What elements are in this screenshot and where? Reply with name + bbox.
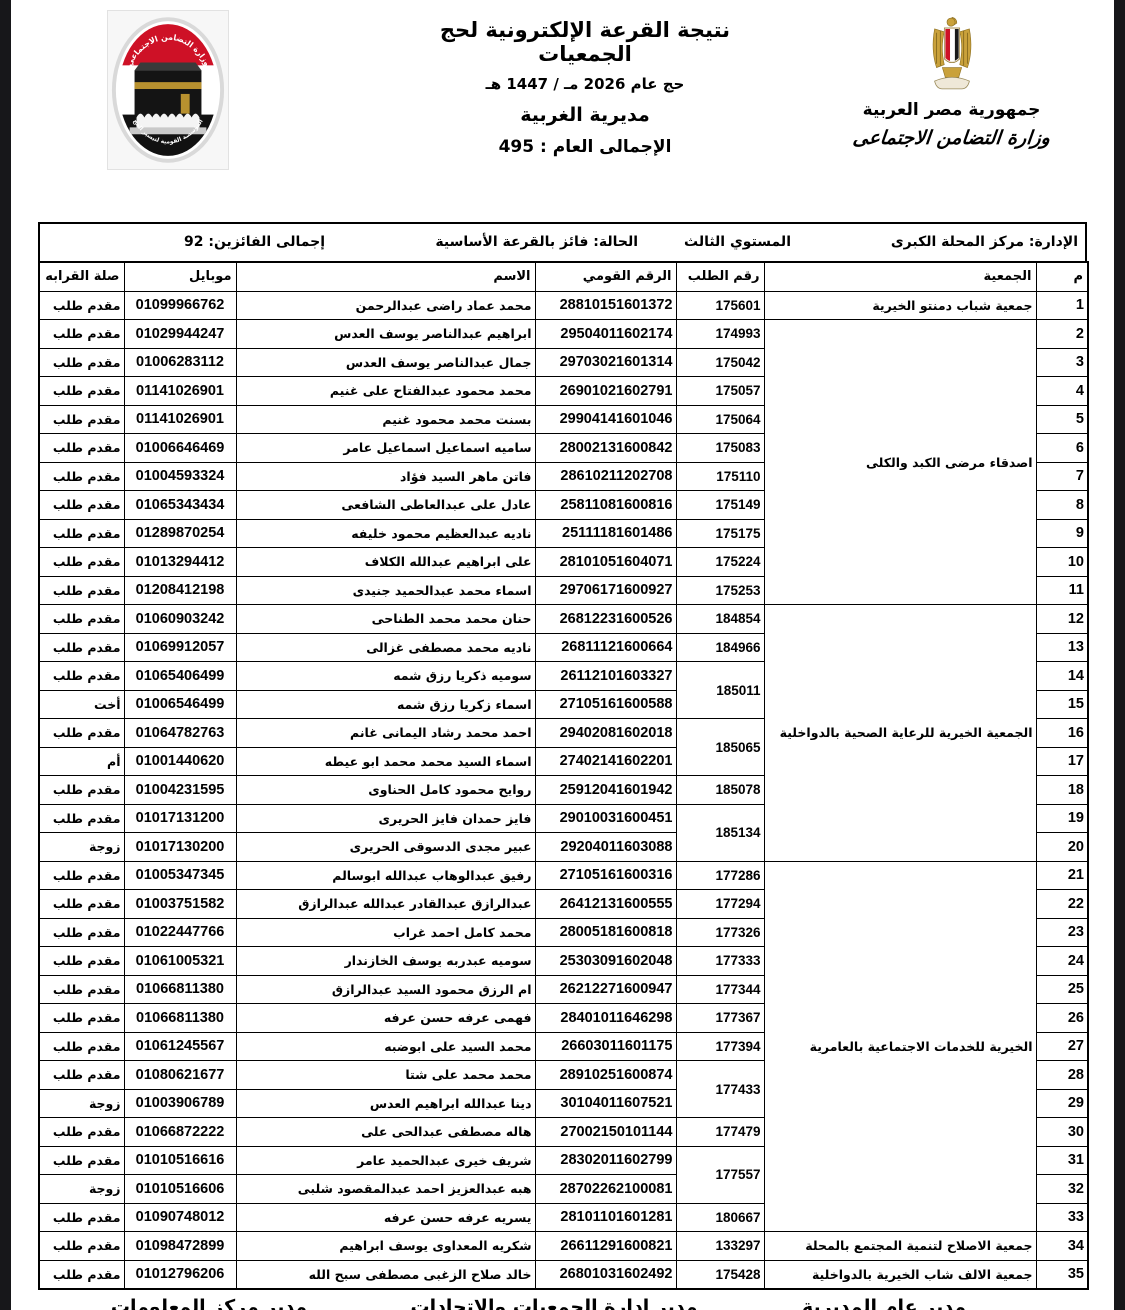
mobile-cell: 01004593324 <box>124 462 236 491</box>
mobile-cell: 01061245567 <box>124 1032 236 1061</box>
relation-cell: مقدم طلب <box>39 947 124 976</box>
mobile-cell: 01141026901 <box>124 405 236 434</box>
request-number-cell: 177286 <box>676 861 764 890</box>
name-cell: ام الرزق محمود السيد عبدالرازق <box>236 975 535 1004</box>
relation-cell: مقدم طلب <box>39 804 124 833</box>
mobile-cell: 01066811380 <box>124 975 236 1004</box>
row-number-cell: 8 <box>1036 491 1088 520</box>
relation-cell: مقدم طلب <box>39 491 124 520</box>
national-id-cell: 25303091602048 <box>535 947 676 976</box>
national-id-cell: 26112101603327 <box>535 662 676 691</box>
relation-cell: مقدم طلب <box>39 1203 124 1232</box>
row-number-cell: 18 <box>1036 776 1088 805</box>
hajj-year-subtitle: حج عام 2026 مـ / 1447 هـ <box>390 75 780 93</box>
header-association: الجمعية <box>764 262 1036 291</box>
status-label: الحالة: فائز بالقرعة الأساسية <box>435 224 638 261</box>
document-page: وزارة التضامن الاجتماعي المؤسسة القومية … <box>11 0 1114 1310</box>
name-cell: ابراهيم عبدالناصر يوسف العدس <box>236 320 535 349</box>
mobile-cell: 01090748012 <box>124 1203 236 1232</box>
name-cell: فهمى عرفه حسن عرفه <box>236 1004 535 1033</box>
relation-cell: مقدم طلب <box>39 462 124 491</box>
relation-cell: مقدم طلب <box>39 405 124 434</box>
request-number-cell: 185134 <box>676 804 764 861</box>
relation-cell: مقدم طلب <box>39 633 124 662</box>
request-number-cell: 177479 <box>676 1118 764 1147</box>
name-cell: اسماء محمد عبدالحميد جنيدى <box>236 576 535 605</box>
grand-total: الإجمالى العام : 495 <box>390 137 780 157</box>
total-winners-label: إجمالى الفائزين: 92 <box>184 224 325 261</box>
mobile-cell: 01003906789 <box>124 1089 236 1118</box>
request-number-cell: 174993 <box>676 320 764 349</box>
relation-cell: مقدم طلب <box>39 975 124 1004</box>
national-id-cell: 26212271600947 <box>535 975 676 1004</box>
kaaba-badge-icon: وزارة التضامن الاجتماعي المؤسسة القومية … <box>108 11 228 169</box>
name-cell: رفيق عبدالوهاب عبدالله ابوسالم <box>236 861 535 890</box>
national-id-cell: 28910251600874 <box>535 1061 676 1090</box>
row-number-cell: 35 <box>1036 1260 1088 1289</box>
mobile-cell: 01141026901 <box>124 377 236 406</box>
mobile-cell: 01010516606 <box>124 1175 236 1204</box>
relation-cell: مقدم طلب <box>39 548 124 577</box>
national-id-cell: 29703021601314 <box>535 348 676 377</box>
name-cell: سوميه عبدربه يوسف الخازندار <box>236 947 535 976</box>
relation-cell: مقدم طلب <box>39 320 124 349</box>
row-number-cell: 16 <box>1036 719 1088 748</box>
mobile-cell: 01061005321 <box>124 947 236 976</box>
national-id-cell: 27105161600588 <box>535 690 676 719</box>
header-mobile: موبايل <box>124 262 236 291</box>
national-id-cell: 26811121600664 <box>535 633 676 662</box>
results-table: م الجمعية رقم الطلب الرقم القومي الاسم م… <box>38 261 1089 1290</box>
relation-cell: مقدم طلب <box>39 662 124 691</box>
table-row: 2اصدقاء مرضى الكبد والكلى174993295040116… <box>39 320 1088 349</box>
national-id-cell: 28302011602799 <box>535 1146 676 1175</box>
mobile-cell: 01029944247 <box>124 320 236 349</box>
relation-cell: مقدم طلب <box>39 434 124 463</box>
document-title-block: نتيجة القرعة الإلكترونية لحج الجمعيات حج… <box>390 18 780 157</box>
header-national-id: الرقم القومي <box>535 262 676 291</box>
relation-cell: مقدم طلب <box>39 1232 124 1261</box>
name-cell: حنان محمد محمد الطناحى <box>236 605 535 634</box>
national-id-cell: 27105161600316 <box>535 861 676 890</box>
association-cell: جمعية الالف شاب الخيرية بالدواخلية <box>764 1260 1036 1289</box>
national-id-cell: 25912041601942 <box>535 776 676 805</box>
row-number-cell: 32 <box>1036 1175 1088 1204</box>
national-id-cell: 28810151601372 <box>535 291 676 320</box>
row-number-cell: 21 <box>1036 861 1088 890</box>
request-number-cell: 175149 <box>676 491 764 520</box>
left-edge-strip <box>0 0 11 1310</box>
table-row: 21الخيرية للخدمات الاجتماعية بالعامرية17… <box>39 861 1088 890</box>
association-cell: الخيرية للخدمات الاجتماعية بالعامرية <box>764 861 1036 1232</box>
national-id-cell: 26801031602492 <box>535 1260 676 1289</box>
name-cell: هاله مصطفى عبدالحى على <box>236 1118 535 1147</box>
relation-cell: مقدم طلب <box>39 719 124 748</box>
mobile-cell: 01012796206 <box>124 1260 236 1289</box>
mobile-cell: 01001440620 <box>124 747 236 776</box>
row-number-cell: 11 <box>1036 576 1088 605</box>
name-cell: ناديه عبدالعظيم محمود خليفه <box>236 519 535 548</box>
row-number-cell: 7 <box>1036 462 1088 491</box>
name-cell: احمد محمد رشاد اليمانى غانم <box>236 719 535 748</box>
mobile-cell: 01005347345 <box>124 861 236 890</box>
row-number-cell: 12 <box>1036 605 1088 634</box>
request-number-cell: 175110 <box>676 462 764 491</box>
request-number-cell: 184854 <box>676 605 764 634</box>
mobile-cell: 01017131200 <box>124 804 236 833</box>
relation-cell: مقدم طلب <box>39 1004 124 1033</box>
directorate-title: مديرية الغربية <box>390 104 780 126</box>
national-id-cell: 28401011646298 <box>535 1004 676 1033</box>
mobile-cell: 01098472899 <box>124 1232 236 1261</box>
national-id-cell: 29204011603088 <box>535 833 676 862</box>
right-edge-strip <box>1114 0 1125 1310</box>
table-row: 12الجمعية الخيرية للرعاية الصحية بالدواخ… <box>39 605 1088 634</box>
row-number-cell: 2 <box>1036 320 1088 349</box>
level-label: المستوي الثالث <box>684 224 791 261</box>
national-id-cell: 30104011607521 <box>535 1089 676 1118</box>
row-number-cell: 29 <box>1036 1089 1088 1118</box>
request-number-cell: 177294 <box>676 890 764 919</box>
name-cell: فاتن ماهر السيد فؤاد <box>236 462 535 491</box>
mobile-cell: 01289870254 <box>124 519 236 548</box>
egypt-eagle-icon <box>923 12 981 98</box>
row-number-cell: 24 <box>1036 947 1088 976</box>
name-cell: اسماء زكريا رزق شمه <box>236 690 535 719</box>
mobile-cell: 01013294412 <box>124 548 236 577</box>
mobile-cell: 01060903242 <box>124 605 236 634</box>
request-number-cell: 177394 <box>676 1032 764 1061</box>
request-number-cell: 175057 <box>676 377 764 406</box>
relation-cell: مقدم طلب <box>39 605 124 634</box>
table-row: 34جمعية الاصلاح لتنمية المجتمع بالمحلة13… <box>39 1232 1088 1261</box>
association-cell: جمعية شباب دمنتو الخيرية <box>764 291 1036 320</box>
request-number-cell: 177326 <box>676 918 764 947</box>
relation-cell: زوجة <box>39 1089 124 1118</box>
row-number-cell: 20 <box>1036 833 1088 862</box>
relation-cell: مقدم طلب <box>39 291 124 320</box>
row-number-cell: 22 <box>1036 890 1088 919</box>
row-number-cell: 33 <box>1036 1203 1088 1232</box>
mobile-cell: 01004231595 <box>124 776 236 805</box>
relation-cell: مقدم طلب <box>39 519 124 548</box>
table-header-row: م الجمعية رقم الطلب الرقم القومي الاسم م… <box>39 262 1088 291</box>
request-number-cell: 175042 <box>676 348 764 377</box>
name-cell: يسريه عرفه حسن عرفه <box>236 1203 535 1232</box>
mobile-cell: 01080621677 <box>124 1061 236 1090</box>
request-number-cell: 175175 <box>676 519 764 548</box>
relation-cell: مقدم طلب <box>39 576 124 605</box>
national-id-cell: 29504011602174 <box>535 320 676 349</box>
name-cell: عبدالرازق عبدالقادر عبدالله عبدالرازق <box>236 890 535 919</box>
relation-cell: زوجة <box>39 1175 124 1204</box>
signature-center: مدير إدارة الجمعيات والاتحادات <box>410 1296 697 1310</box>
name-cell: جمال عبدالناصر يوسف العدس <box>236 348 535 377</box>
name-cell: محمد كامل احمد غراب <box>236 918 535 947</box>
name-cell: هبه عبدالعزيز احمد عبدالمقصود شلبى <box>236 1175 535 1204</box>
state-emblem-block: جمهورية مصر العربية وزارة التضامن الاجتم… <box>839 12 1064 149</box>
request-number-cell: 184966 <box>676 633 764 662</box>
header-index: م <box>1036 262 1088 291</box>
ministry-name: وزارة التضامن الاجتماعى <box>838 127 1065 149</box>
request-number-cell: 177557 <box>676 1146 764 1203</box>
national-id-cell: 29010031600451 <box>535 804 676 833</box>
row-number-cell: 6 <box>1036 434 1088 463</box>
name-cell: روايح محمود كامل الحناوى <box>236 776 535 805</box>
row-number-cell: 13 <box>1036 633 1088 662</box>
row-number-cell: 3 <box>1036 348 1088 377</box>
request-number-cell: 175064 <box>676 405 764 434</box>
page-title: نتيجة القرعة الإلكترونية لحج الجمعيات <box>390 18 780 66</box>
relation-cell: مقدم طلب <box>39 377 124 406</box>
row-number-cell: 9 <box>1036 519 1088 548</box>
national-id-cell: 28610211202708 <box>535 462 676 491</box>
national-id-cell: 26412131600555 <box>535 890 676 919</box>
header-relation: صلة القرابه <box>39 262 124 291</box>
signature-left: مدير عام المديرية <box>802 1296 966 1310</box>
relation-cell: زوجة <box>39 833 124 862</box>
relation-cell: مقدم طلب <box>39 890 124 919</box>
relation-cell: مقدم طلب <box>39 1032 124 1061</box>
national-id-cell: 26603011601175 <box>535 1032 676 1061</box>
relation-cell: مقدم طلب <box>39 861 124 890</box>
name-cell: شريف خيرى عبدالحميد عامر <box>236 1146 535 1175</box>
mobile-cell: 01006646469 <box>124 434 236 463</box>
mobile-cell: 01208412198 <box>124 576 236 605</box>
association-cell: اصدقاء مرضى الكبد والكلى <box>764 320 1036 605</box>
request-number-cell: 175253 <box>676 576 764 605</box>
name-cell: محمد عماد راضى عبدالرحمن <box>236 291 535 320</box>
relation-cell: مقدم طلب <box>39 1146 124 1175</box>
name-cell: سوميه ذكريا رزق شمه <box>236 662 535 691</box>
name-cell: دينا عبدالله ابراهيم العدس <box>236 1089 535 1118</box>
signature-right: مدير مركز المعلومات <box>111 1296 307 1310</box>
mobile-cell: 01069912057 <box>124 633 236 662</box>
row-number-cell: 1 <box>1036 291 1088 320</box>
mobile-cell: 01099966762 <box>124 291 236 320</box>
name-cell: خالد صلاح الزغبى مصطفى سبح الله <box>236 1260 535 1289</box>
name-cell: محمد محمد على شتا <box>236 1061 535 1090</box>
relation-cell: مقدم طلب <box>39 776 124 805</box>
name-cell: شكريه المعداوى يوسف ابراهيم <box>236 1232 535 1261</box>
mobile-cell: 01006546499 <box>124 690 236 719</box>
row-number-cell: 14 <box>1036 662 1088 691</box>
request-number-cell: 175083 <box>676 434 764 463</box>
request-number-cell: 175601 <box>676 291 764 320</box>
name-cell: محمد محمود عبدالفتاح على غنيم <box>236 377 535 406</box>
administration-label: الإدارة: مركز المحلة الكبرى <box>891 224 1078 261</box>
national-id-cell: 26812231600526 <box>535 605 676 634</box>
row-number-cell: 10 <box>1036 548 1088 577</box>
row-number-cell: 34 <box>1036 1232 1088 1261</box>
name-cell: اسماء السيد محمد محمد ابو عيطه <box>236 747 535 776</box>
request-number-cell: 177344 <box>676 975 764 1004</box>
national-id-cell: 27402141602201 <box>535 747 676 776</box>
request-number-cell: 180667 <box>676 1203 764 1232</box>
mobile-cell: 01065343434 <box>124 491 236 520</box>
request-number-cell: 175224 <box>676 548 764 577</box>
relation-cell: مقدم طلب <box>39 348 124 377</box>
request-number-cell: 177433 <box>676 1061 764 1118</box>
national-id-cell: 27002150101144 <box>535 1118 676 1147</box>
request-number-cell: 133297 <box>676 1232 764 1261</box>
request-number-cell: 185078 <box>676 776 764 805</box>
national-id-cell: 28101051604071 <box>535 548 676 577</box>
request-number-cell: 185065 <box>676 719 764 776</box>
national-id-cell: 25111181601486 <box>535 519 676 548</box>
row-number-cell: 31 <box>1036 1146 1088 1175</box>
mobile-cell: 01017130200 <box>124 833 236 862</box>
request-number-cell: 175428 <box>676 1260 764 1289</box>
association-cell: الجمعية الخيرية للرعاية الصحية بالدواخلي… <box>764 605 1036 862</box>
name-cell: على ابراهيم عبدالله الكلاف <box>236 548 535 577</box>
row-number-cell: 25 <box>1036 975 1088 1004</box>
row-number-cell: 23 <box>1036 918 1088 947</box>
national-id-cell: 26901021602791 <box>535 377 676 406</box>
name-cell: فايز حمدان فايز الحريرى <box>236 804 535 833</box>
name-cell: بسنت محمد محمود غنيم <box>236 405 535 434</box>
national-id-cell: 28005181600818 <box>535 918 676 947</box>
name-cell: عبير مجدى الدسوقى الحريرى <box>236 833 535 862</box>
header-name: الاسم <box>236 262 535 291</box>
mobile-cell: 01003751582 <box>124 890 236 919</box>
name-cell: محمد السيد على ابوضبه <box>236 1032 535 1061</box>
national-id-cell: 29402081602018 <box>535 719 676 748</box>
national-id-cell: 25811081600816 <box>535 491 676 520</box>
row-number-cell: 30 <box>1036 1118 1088 1147</box>
national-id-cell: 29706171600927 <box>535 576 676 605</box>
national-id-cell: 28101101601281 <box>535 1203 676 1232</box>
mobile-cell: 01066872222 <box>124 1118 236 1147</box>
national-id-cell: 28002131600842 <box>535 434 676 463</box>
row-number-cell: 19 <box>1036 804 1088 833</box>
row-number-cell: 4 <box>1036 377 1088 406</box>
mobile-cell: 01006283112 <box>124 348 236 377</box>
relation-cell: مقدم طلب <box>39 918 124 947</box>
relation-cell: أخت <box>39 690 124 719</box>
ministry-badge: وزارة التضامن الاجتماعي المؤسسة القومية … <box>107 10 229 170</box>
mobile-cell: 01010516616 <box>124 1146 236 1175</box>
relation-cell: مقدم طلب <box>39 1118 124 1147</box>
national-id-cell: 28702262100081 <box>535 1175 676 1204</box>
header-request-no: رقم الطلب <box>676 262 764 291</box>
relation-cell: مقدم طلب <box>39 1061 124 1090</box>
mobile-cell: 01022447766 <box>124 918 236 947</box>
signature-line: مدير عام المديرية مدير إدارة الجمعيات وا… <box>11 1296 1114 1310</box>
info-bar: الإدارة: مركز المحلة الكبرى المستوي الثا… <box>38 222 1087 263</box>
national-id-cell: 29904141601046 <box>535 405 676 434</box>
name-cell: عادل على عبدالعاطى الشافعى <box>236 491 535 520</box>
document-screen: وزارة التضامن الاجتماعي المؤسسة القومية … <box>0 0 1125 1310</box>
row-number-cell: 26 <box>1036 1004 1088 1033</box>
row-number-cell: 28 <box>1036 1061 1088 1090</box>
table-row: 1جمعية شباب دمنتو الخيرية175601288101516… <box>39 291 1088 320</box>
request-number-cell: 185011 <box>676 662 764 719</box>
row-number-cell: 5 <box>1036 405 1088 434</box>
association-cell: جمعية الاصلاح لتنمية المجتمع بالمحلة <box>764 1232 1036 1261</box>
relation-cell: مقدم طلب <box>39 1260 124 1289</box>
mobile-cell: 01064782763 <box>124 719 236 748</box>
mobile-cell: 01066811380 <box>124 1004 236 1033</box>
republic-name: جمهورية مصر العربية <box>839 100 1064 120</box>
relation-cell: أم <box>39 747 124 776</box>
request-number-cell: 177367 <box>676 1004 764 1033</box>
name-cell: ساميه اسماعيل اسماعيل عامر <box>236 434 535 463</box>
row-number-cell: 27 <box>1036 1032 1088 1061</box>
row-number-cell: 17 <box>1036 747 1088 776</box>
national-id-cell: 26611291600821 <box>535 1232 676 1261</box>
request-number-cell: 177333 <box>676 947 764 976</box>
row-number-cell: 15 <box>1036 690 1088 719</box>
name-cell: ناديه محمد مصطفى غزالى <box>236 633 535 662</box>
table-row: 35جمعية الالف شاب الخيرية بالدواخلية1754… <box>39 1260 1088 1289</box>
mobile-cell: 01065406499 <box>124 662 236 691</box>
